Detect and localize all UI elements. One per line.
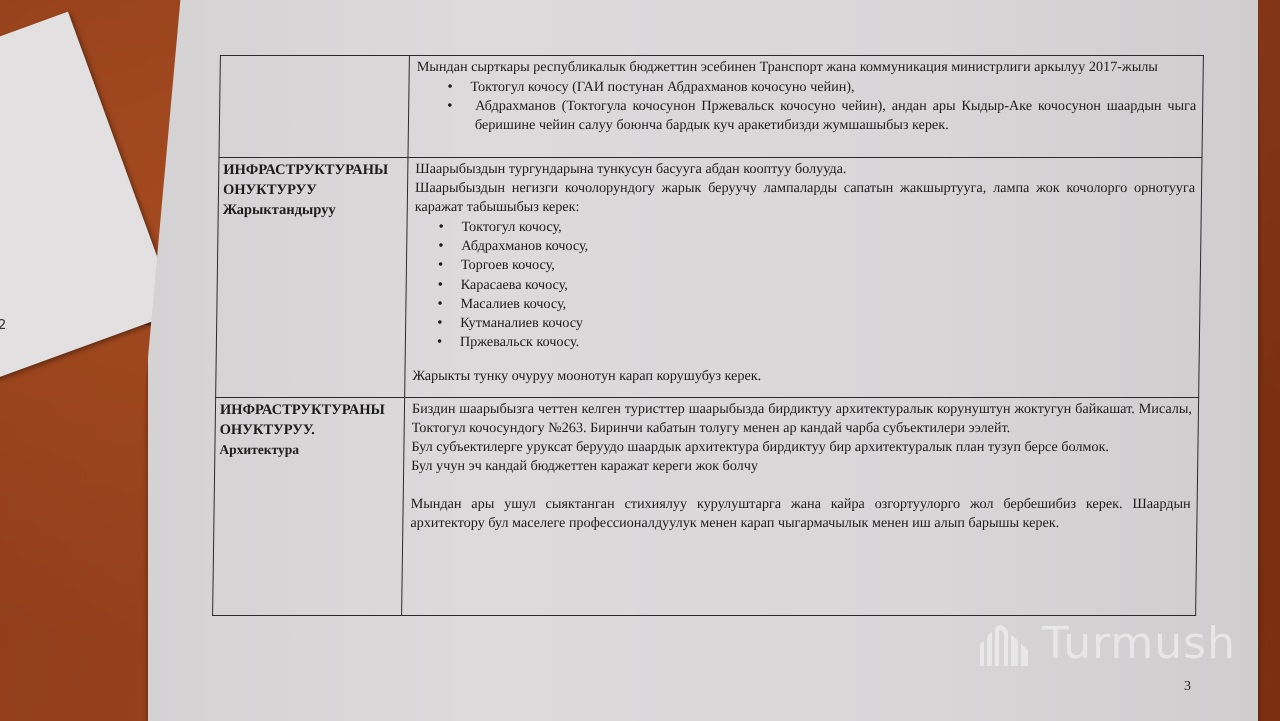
transport-street-list: Токтогул кочосу (ГАИ постунан Абдрахмано… <box>416 78 1197 135</box>
label-line: ИНФРАСТРУКТУРАНЫ <box>223 160 401 180</box>
watermark-text: Turmush <box>1042 622 1236 666</box>
row-label-empty <box>219 56 409 158</box>
list-item: Масалиев кочосу, <box>460 295 1193 314</box>
row-content-transport: Мындан сырткары республикалык бюджеттин … <box>408 56 1203 158</box>
label-line: Жарыктандыруу <box>223 200 401 220</box>
list-item: Карасаева кочосу, <box>461 276 1194 295</box>
house-lines-icon <box>978 622 1034 666</box>
list-item: Токтогул кочосу, <box>461 218 1194 237</box>
architecture-paragraph-3: Бул учун эч кандай бюджеттен каражат кер… <box>411 457 1191 476</box>
table-row-architecture: ИНФРАСТРУКТУРАНЫ ОНУКТУРУУ. Архитектура … <box>213 398 1199 616</box>
architecture-paragraph-2: Бул субъектилерге уруксат беруудо шаарды… <box>411 438 1191 457</box>
label-line: Архитектура <box>219 440 397 460</box>
list-item: Токтогул кочосу (ГАИ постунан Абдрахмано… <box>470 78 1196 97</box>
row-label-lighting: ИНФРАСТРУКТУРАНЫ ОНУКТУРУУ Жарыктандыруу <box>216 158 408 398</box>
architecture-paragraph-1: Биздин шаарыбызга четтен келген туристте… <box>412 400 1193 438</box>
lighting-paragraph-2: Шаарыбыздын негизги кочолорундогу жарык … <box>415 179 1196 217</box>
row-label-architecture: ИНФРАСТРУКТУРАНЫ ОНУКТУРУУ. Архитектура <box>213 398 405 616</box>
side-paper-page-number: 2 <box>0 318 6 333</box>
document-table: Мындан сырткары республикалык бюджеттин … <box>212 55 1204 616</box>
row-content-lighting: Шаарыбыздын тургундарына тункусун басууг… <box>405 158 1202 398</box>
transport-intro: Мындан сырткары республикалык бюджеттин … <box>417 58 1197 77</box>
page-number: 3 <box>1184 679 1191 695</box>
label-line: ИНФРАСТРУКТУРАНЫ <box>220 400 398 420</box>
label-line: ОНУКТУРУУ <box>223 180 401 200</box>
lighting-street-list: Токтогул кочосу, Абдрахманов кочосу, Тор… <box>413 218 1195 352</box>
watermark: Turmush <box>978 622 1236 666</box>
lighting-closing: Жарыкты тунку очуруу моонотун карап кору… <box>412 367 1192 386</box>
lighting-paragraph-1: Шаарыбыздын тургундарына тункусун басууг… <box>415 160 1195 179</box>
architecture-paragraph-4: Мындан ары ушул сыяктанган стихиялуу кур… <box>410 495 1191 533</box>
table-row-transport: Мындан сырткары республикалык бюджеттин … <box>219 56 1203 158</box>
list-item: Абдрахманов кочосу, <box>461 237 1194 256</box>
list-item: Торгоев кочосу, <box>461 256 1194 275</box>
list-item: Пржевальск кочосу. <box>460 333 1193 352</box>
list-item: Абдрахманов (Токтогула кочосунон Пржевал… <box>470 97 1197 135</box>
table-row-lighting: ИНФРАСТРУКТУРАНЫ ОНУКТУРУУ Жарыктандыруу… <box>216 158 1202 398</box>
label-line: ОНУКТУРУУ. <box>220 420 398 440</box>
row-content-architecture: Биздин шаарыбызга четтен келген туристте… <box>402 398 1199 616</box>
list-item: Кутманалиев кочосу <box>460 314 1193 333</box>
